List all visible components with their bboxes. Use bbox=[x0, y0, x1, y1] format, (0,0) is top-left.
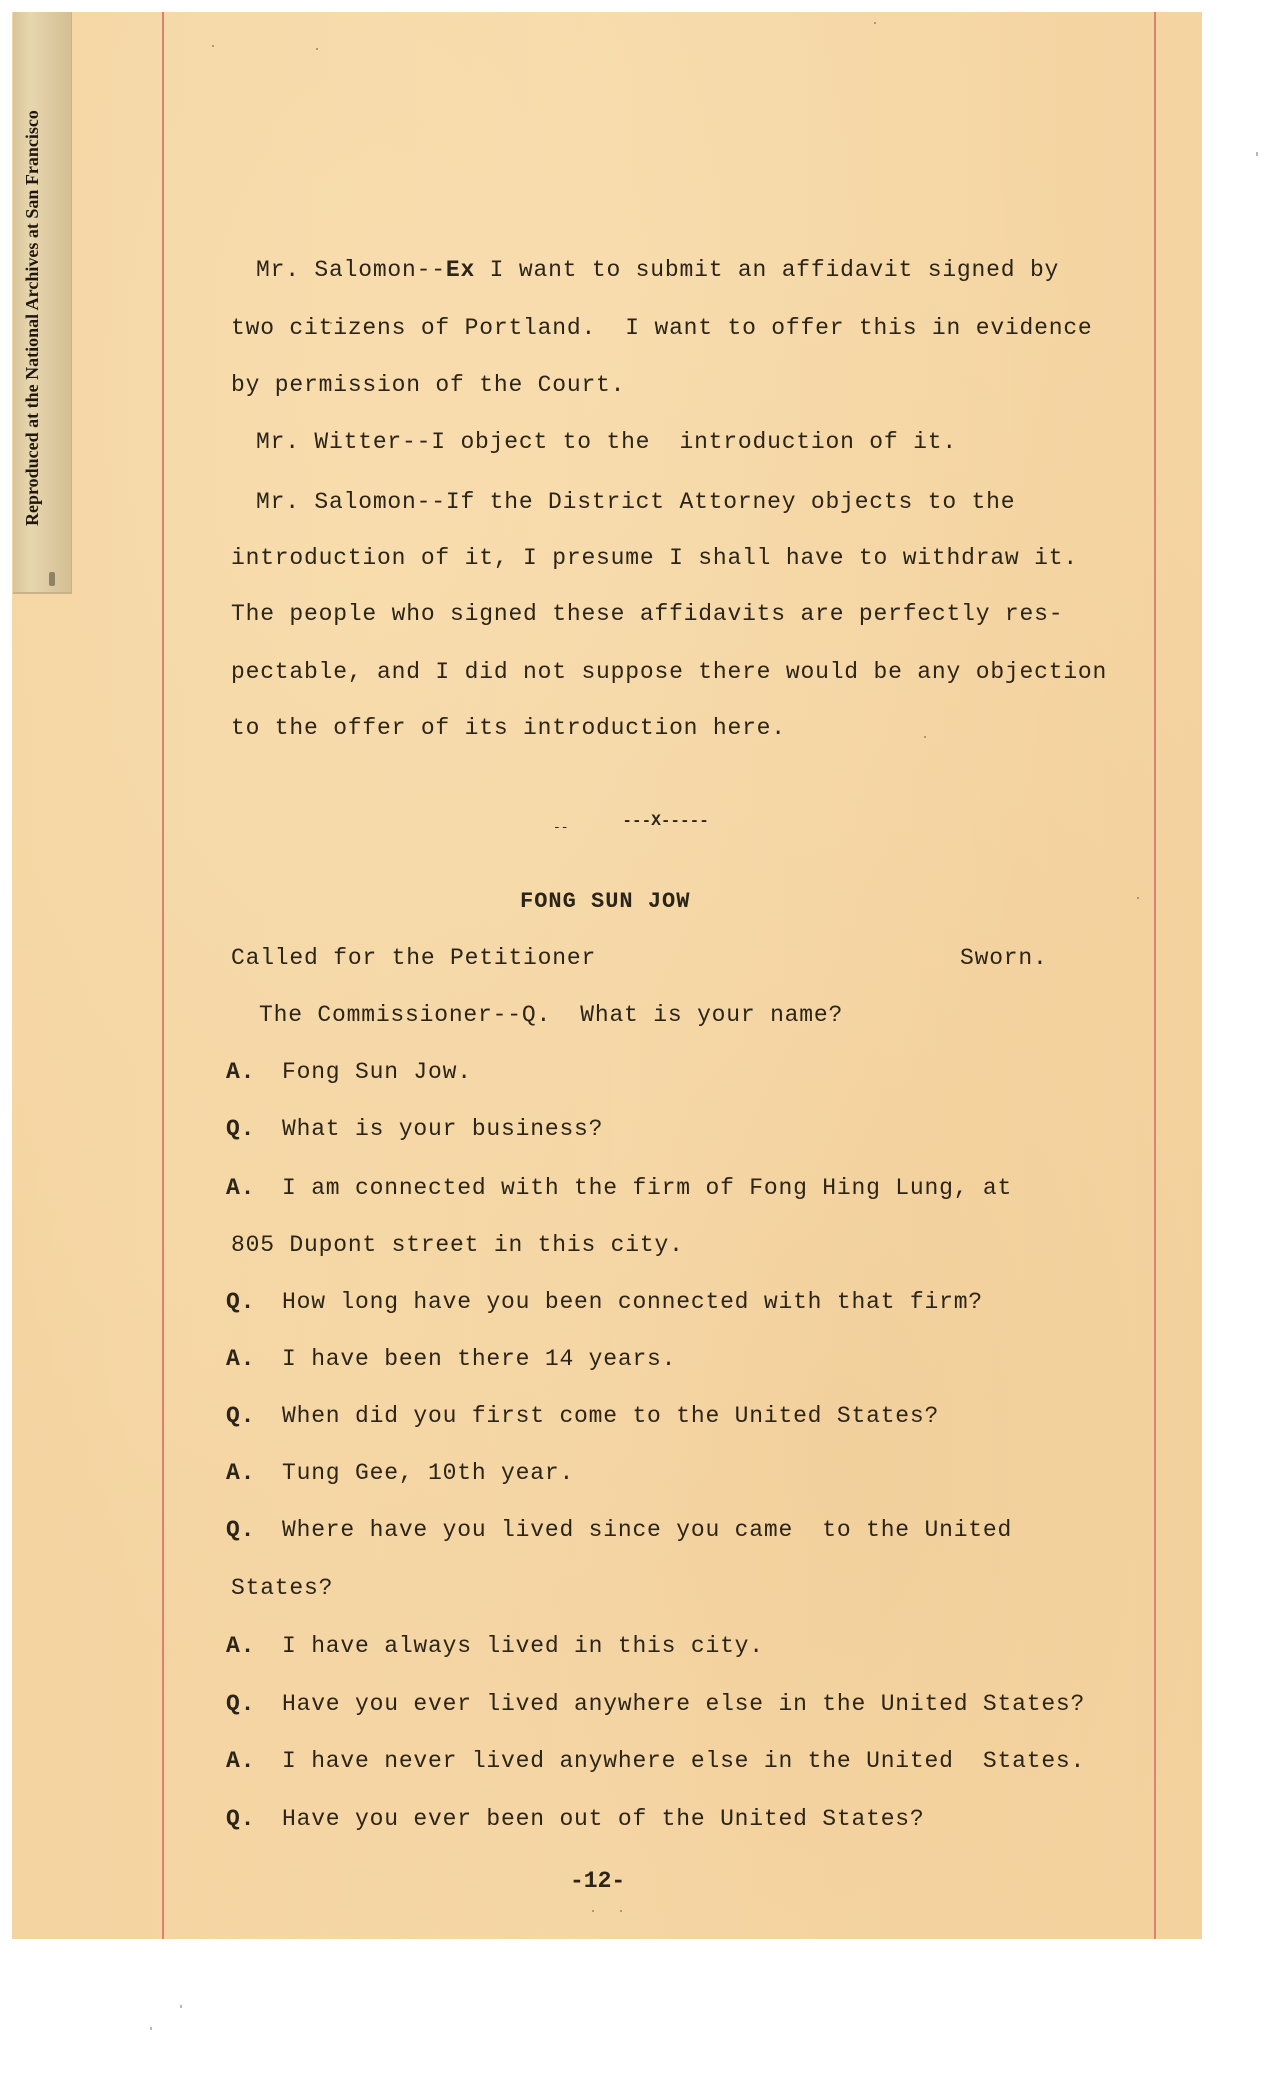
separator-tail: -- bbox=[553, 820, 569, 835]
transcript-line: pectable, and I did not suppose there wo… bbox=[231, 658, 1107, 686]
right-margin-rule bbox=[1154, 12, 1156, 1939]
paper-speck bbox=[874, 22, 876, 24]
qa-text: What is your business? bbox=[282, 1116, 603, 1142]
separator-mark: ---X----- bbox=[622, 812, 708, 830]
line-text: I object to the introduction of it. bbox=[431, 429, 957, 455]
transcript-line: Mr. Salomon--Ex I want to submit an affi… bbox=[256, 256, 1059, 284]
paper-speck bbox=[620, 1910, 622, 1912]
qa-text: I have been there 14 years. bbox=[282, 1346, 676, 1372]
paper-speck bbox=[316, 48, 318, 50]
qa-row: Q.Have you ever been out of the United S… bbox=[226, 1805, 925, 1833]
qa-text: Have you ever been out of the United Sta… bbox=[282, 1806, 925, 1832]
archive-tape-strip: Reproduced at the National Archives at S… bbox=[13, 12, 72, 594]
paper-speck bbox=[924, 736, 926, 738]
document-page: Reproduced at the National Archives at S… bbox=[12, 12, 1202, 1939]
transcript-line: The people who signed these affidavits a… bbox=[231, 600, 1063, 628]
speaker-label: Mr. Salomon-- bbox=[256, 257, 446, 283]
scan-mark bbox=[180, 2005, 182, 2008]
qa-label: A. bbox=[226, 1459, 282, 1487]
qa-text: When did you first come to the United St… bbox=[282, 1403, 939, 1429]
transcript-line: Mr. Salomon--If the District Attorney ob… bbox=[256, 488, 1015, 516]
qa-row: Q.What is your business? bbox=[226, 1115, 603, 1143]
examination-intro: The Commissioner--Q. What is your name? bbox=[259, 1001, 843, 1029]
line-text: I want to submit an affidavit signed by bbox=[475, 257, 1059, 283]
qa-continuation: 805 Dupont street in this city. bbox=[231, 1231, 684, 1259]
qa-text: Tung Gee, 10th year. bbox=[282, 1460, 574, 1486]
qa-row: Q.When did you first come to the United … bbox=[226, 1402, 939, 1430]
paper-speck bbox=[330, 322, 332, 324]
struck-text: Ex bbox=[446, 257, 475, 283]
qa-row: A.Fong Sun Jow. bbox=[226, 1058, 472, 1086]
qa-label: A. bbox=[226, 1058, 282, 1086]
qa-label: Q. bbox=[226, 1288, 282, 1316]
qa-row: A.I have been there 14 years. bbox=[226, 1345, 676, 1373]
qa-label: Q. bbox=[226, 1690, 282, 1718]
paper-speck bbox=[1137, 897, 1139, 899]
qa-row: Q.Have you ever lived anywhere else in t… bbox=[226, 1690, 1085, 1718]
transcript-line: introduction of it, I presume I shall ha… bbox=[231, 544, 1078, 572]
qa-text: Have you ever lived anywhere else in the… bbox=[282, 1691, 1085, 1717]
tape-stain bbox=[49, 572, 55, 586]
qa-label: Q. bbox=[226, 1402, 282, 1430]
scan-mark bbox=[150, 2027, 152, 2030]
qa-text: Fong Sun Jow. bbox=[282, 1059, 472, 1085]
qa-row: A.I have never lived anywhere else in th… bbox=[226, 1747, 1085, 1775]
qa-label: A. bbox=[226, 1345, 282, 1373]
qa-row: Q.Where have you lived since you came to… bbox=[226, 1516, 1012, 1544]
witness-name-heading: FONG SUN JOW bbox=[520, 888, 690, 916]
page-number: -12- bbox=[570, 1868, 625, 1894]
qa-label: Q. bbox=[226, 1115, 282, 1143]
section-separator: ---X----- bbox=[584, 794, 709, 848]
line-text: If the District Attorney objects to the bbox=[446, 489, 1016, 515]
paper-speck bbox=[592, 1910, 594, 1912]
qa-text: I have always lived in this city. bbox=[282, 1633, 764, 1659]
called-for-line: Called for the Petitioner bbox=[231, 944, 596, 972]
sworn-status: Sworn. bbox=[960, 944, 1048, 972]
qa-row: A.I have always lived in this city. bbox=[226, 1632, 764, 1660]
speaker-label: Mr. Salomon-- bbox=[256, 489, 446, 515]
left-margin-rule bbox=[162, 12, 164, 1939]
qa-row: Q.How long have you been connected with … bbox=[226, 1288, 983, 1316]
qa-row: A.Tung Gee, 10th year. bbox=[226, 1459, 574, 1487]
qa-text: I have never lived anywhere else in the … bbox=[282, 1748, 1085, 1774]
qa-label: A. bbox=[226, 1747, 282, 1775]
qa-label: Q. bbox=[226, 1516, 282, 1544]
transcript-line: by permission of the Court. bbox=[231, 371, 625, 399]
qa-label: A. bbox=[226, 1174, 282, 1202]
qa-text: Where have you lived since you came to t… bbox=[282, 1517, 1012, 1543]
qa-label: Q. bbox=[226, 1805, 282, 1833]
qa-row: A.I am connected with the firm of Fong H… bbox=[226, 1174, 1012, 1202]
speaker-label: Mr. Witter-- bbox=[256, 429, 431, 455]
archive-stamp: Reproduced at the National Archives at S… bbox=[21, 66, 43, 526]
paper-speck bbox=[212, 45, 214, 47]
qa-continuation: States? bbox=[231, 1574, 333, 1602]
transcript-line: to the offer of its introduction here. bbox=[231, 714, 786, 742]
qa-text: How long have you been connected with th… bbox=[282, 1289, 983, 1315]
qa-text: I am connected with the firm of Fong Hin… bbox=[282, 1175, 1012, 1201]
qa-label: A. bbox=[226, 1632, 282, 1660]
transcript-line: two citizens of Portland. I want to offe… bbox=[231, 314, 1093, 342]
scan-mark bbox=[1256, 152, 1258, 156]
transcript-line: Mr. Witter--I object to the introduction… bbox=[256, 428, 957, 456]
